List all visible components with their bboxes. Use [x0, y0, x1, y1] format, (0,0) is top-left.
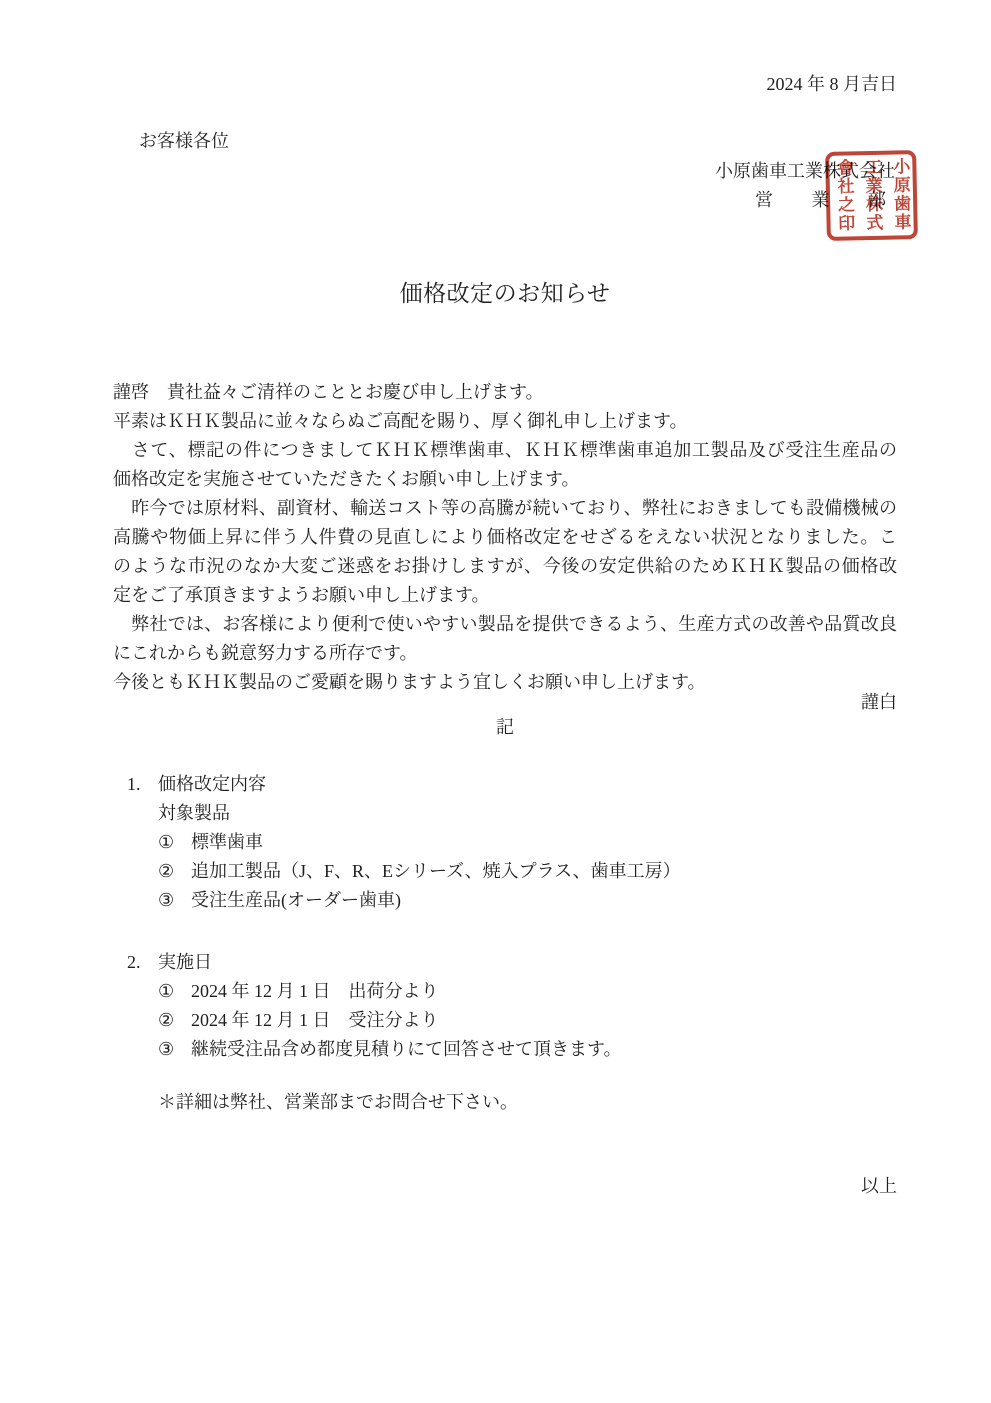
item-text: 継続受注品含め都度見積りにて回答させて頂きます。: [191, 1036, 622, 1062]
section-number: 2.: [127, 949, 158, 975]
body-line: 平素はＫＨＫ製品に並々ならぬご高配を賜り、厚く御礼申し上げます。: [113, 408, 897, 434]
item-marker: ①: [158, 978, 191, 1004]
section-number: 1.: [127, 771, 158, 797]
body-line: にこれからも鋭意努力する所存です。: [113, 640, 897, 666]
body-line: のような市況のなか大変ご迷惑をお掛けしますが、今後の安定供給のためＫＨＫ製品の価…: [113, 553, 897, 579]
item-marker: ③: [158, 1036, 191, 1062]
item-marker: ③: [158, 887, 191, 913]
item-marker: ①: [158, 829, 191, 855]
item-text: 標準歯車: [191, 829, 263, 855]
body-line: 謹啓 貴社益々ご清祥のこととお慶び申し上げます。: [113, 379, 897, 405]
list-item: ① 2024 年 12 月 1 日 出荷分より: [158, 978, 439, 1004]
item-marker: ②: [158, 858, 191, 884]
list-item: ③ 受注生産品(オーダー歯車): [158, 887, 401, 913]
notation-ki: 記: [113, 714, 897, 740]
letter-page: 2024 年 8 月吉日 お客様各位 小原歯車工業株式会社 営業部 小原歯車 工…: [0, 0, 991, 1403]
body-line: 定をご了承頂きますようお願い申し上げます。: [113, 582, 897, 608]
section-2-heading: 2. 実施日: [127, 949, 212, 975]
section-1-subheading: 対象製品: [158, 800, 230, 826]
list-item: ③ 継続受注品含め都度見積りにて回答させて頂きます。: [158, 1036, 622, 1062]
footer-ijo: 以上: [113, 1173, 897, 1199]
section-heading-text: 実施日: [158, 949, 212, 975]
item-text: 受注生産品(オーダー歯車): [191, 887, 401, 913]
seal-column-left: 會社之印: [833, 158, 853, 233]
item-marker: ②: [158, 1007, 191, 1033]
body-line: 高騰や物価上昇に伴う人件費の見直しにより価格改定をせざるをえない状況となりました…: [113, 524, 897, 550]
closing-phrase: 謹白: [113, 689, 897, 715]
body-line: 価格改定を実施させていただきたくお願い申し上げます。: [113, 466, 897, 492]
item-text: 2024 年 12 月 1 日 受注分より: [191, 1007, 439, 1033]
list-item: ② 2024 年 12 月 1 日 受注分より: [158, 1007, 439, 1033]
letter-title: 価格改定のお知らせ: [113, 278, 897, 310]
section-heading-text: 価格改定内容: [158, 771, 266, 797]
body-line: 弊社では、お客様により便利で使いやすい製品を提供できるよう、生産方式の改善や品質…: [113, 611, 897, 637]
list-item: ② 追加工製品（J、F、R、Eシリーズ、焼入プラス、歯車工房）: [158, 858, 681, 884]
body-line: 昨今では原材料、副資材、輸送コスト等の高騰が続いており、弊社におきましても設備機…: [113, 495, 897, 521]
item-text: 追加工製品（J、F、R、Eシリーズ、焼入プラス、歯車工房）: [191, 858, 681, 884]
body-line: さて、標記の件につきましてＫＨＫ標準歯車、ＫＨＫ標準歯車追加工製品及び受注生産品…: [113, 437, 897, 463]
seal-column-middle: 工業株式: [861, 158, 881, 233]
letter-date: 2024 年 8 月吉日: [113, 71, 897, 97]
company-seal-stamp: 小原歯車 工業株式 會社之印: [825, 150, 918, 241]
seal-column-right: 小原歯車: [890, 157, 910, 232]
contact-note: ＊詳細は弊社、営業部までお問合せ下さい。: [158, 1089, 518, 1115]
section-1-heading: 1. 価格改定内容: [127, 771, 266, 797]
recipient: お客様各位: [139, 128, 229, 154]
item-text: 2024 年 12 月 1 日 出荷分より: [191, 978, 439, 1004]
list-item: ① 標準歯車: [158, 829, 263, 855]
